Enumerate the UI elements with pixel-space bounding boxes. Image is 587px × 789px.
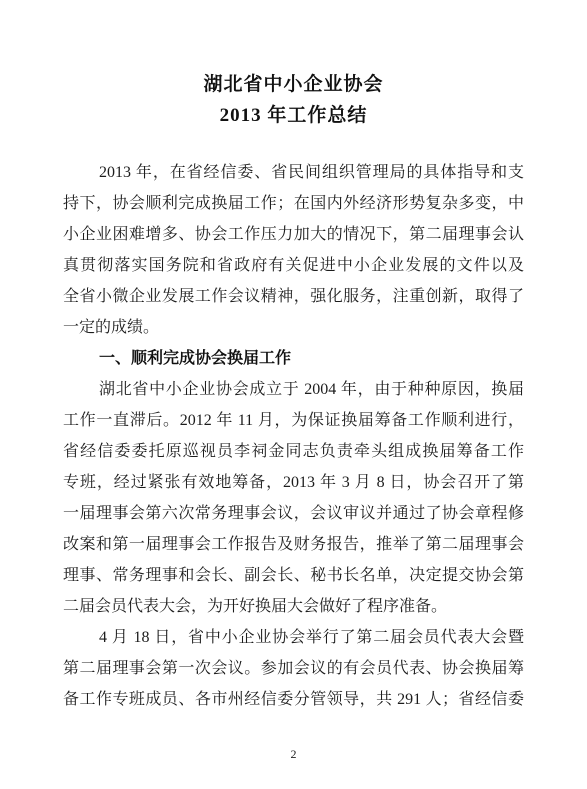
page-number: 2 xyxy=(0,746,587,762)
document-page: 湖北省中小企业协会 2013 年工作总结 2013 年，在省经信委、省民间组织管… xyxy=(0,0,587,789)
text-line: 省经信委委托原巡视员李祠金同志负责牵头组成换届筹备工作 xyxy=(63,436,524,467)
text-line: 全省小微企业发展工作会议精神，强化服务，注重创新，取得了 xyxy=(63,281,524,312)
text-line: 一定的成绩。 xyxy=(63,312,524,343)
text-line: 4 月 18 日，省中小企业协会举行了第二届会员代表大会暨 xyxy=(63,622,524,653)
document-body: 2013 年，在省经信委、省民间组织管理局的具体指导和支 持下，协会顺利完成换届… xyxy=(63,157,524,715)
section-heading-1: 一、顺利完成协会换届工作 xyxy=(63,343,524,374)
text-line: 小企业困难增多、协会工作压力加大的情况下，第二届理事会认 xyxy=(63,219,524,250)
paragraph-2: 湖北省中小企业协会成立于 2004 年，由于种种原因，换届 工作一直滞后。201… xyxy=(63,374,524,622)
text-line: 专班，经过紧张有效地筹备，2013 年 3 月 8 日，协会召开了第 xyxy=(63,467,524,498)
text-line: 工作一直滞后。2012 年 11 月，为保证换届筹备工作顺利进行， xyxy=(63,405,524,436)
text-line: 第二届理事会第一次会议。参加会议的有会员代表、协会换届筹 xyxy=(63,653,524,684)
paragraph-3: 4 月 18 日，省中小企业协会举行了第二届会员代表大会暨 第二届理事会第一次会… xyxy=(63,622,524,715)
text-line: 备工作专班成员、各市州经信委分管领导，共 291 人；省经信委 xyxy=(63,684,524,715)
text-line: 改案和第一届理事会工作报告及财务报告，推举了第二届理事会 xyxy=(63,529,524,560)
text-line: 一届理事会第六次常务理事会议，会议审议并通过了协会章程修 xyxy=(63,498,524,529)
text-line: 湖北省中小企业协会成立于 2004 年，由于种种原因，换届 xyxy=(63,374,524,405)
title-line-2: 2013 年工作总结 xyxy=(63,100,524,131)
text-line: 真贯彻落实国务院和省政府有关促进中小企业发展的文件以及 xyxy=(63,250,524,281)
text-line: 2013 年，在省经信委、省民间组织管理局的具体指导和支 xyxy=(63,157,524,188)
text-line: 理事、常务理事和会长、副会长、秘书长名单，决定提交协会第 xyxy=(63,560,524,591)
title-line-1: 湖北省中小企业协会 xyxy=(63,69,524,100)
paragraph-1: 2013 年，在省经信委、省民间组织管理局的具体指导和支 持下，协会顺利完成换届… xyxy=(63,157,524,343)
text-line: 二届会员代表大会，为开好换届大会做好了程序准备。 xyxy=(63,591,524,622)
document-title: 湖北省中小企业协会 2013 年工作总结 xyxy=(63,0,524,131)
text-line: 持下，协会顺利完成换届工作；在国内外经济形势复杂多变，中 xyxy=(63,188,524,219)
